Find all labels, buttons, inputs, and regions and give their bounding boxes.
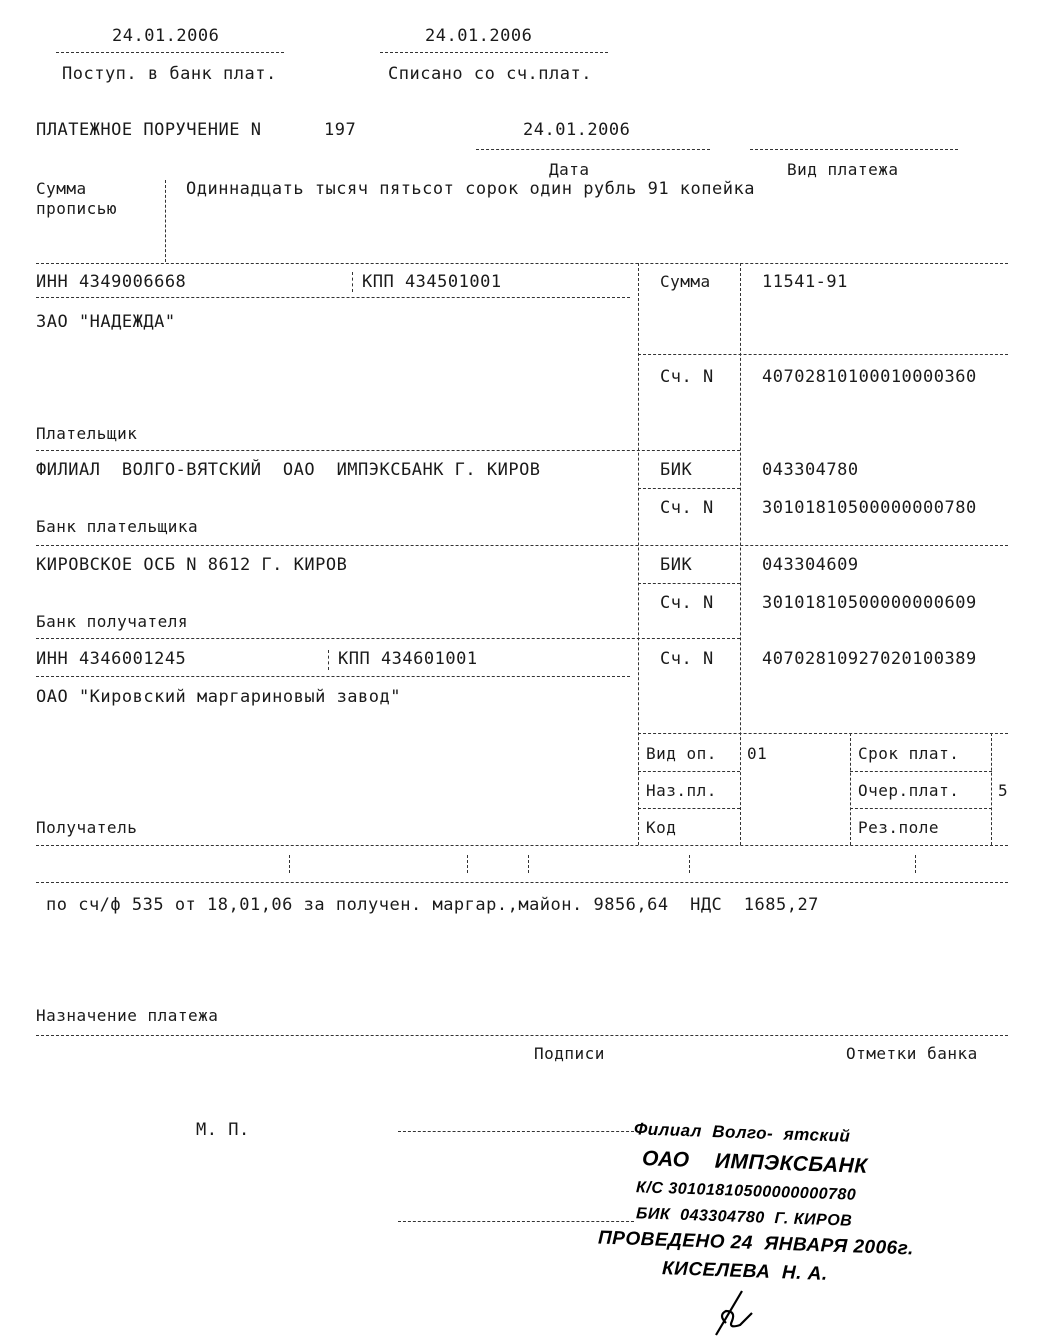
doc-date: 24.01.2006 [523, 122, 630, 139]
amount-words-divider [165, 180, 166, 262]
grid-line [850, 771, 992, 772]
doc-title: ПЛАТЕЖНОЕ ПОРУЧЕНИЕ N [36, 122, 261, 139]
stamp-line-4: БИК 043304780 Г. КИРОВ [636, 1206, 853, 1230]
payer-bank-account-value: 30101810500000000780 [762, 500, 977, 517]
grid-line [467, 855, 468, 873]
signature-line-2 [398, 1221, 634, 1222]
grid-line [36, 638, 740, 639]
grid-line [689, 855, 690, 873]
payer-account-label: Сч. N [660, 369, 714, 386]
payment-type-label: Вид платежа [787, 162, 898, 178]
grid-line [638, 808, 740, 809]
payee-label: Получатель [36, 820, 137, 836]
payee-bank-account-label: Сч. N [660, 595, 714, 612]
payment-type-underline [750, 149, 958, 150]
grid-line [638, 488, 740, 489]
grid-line [740, 263, 741, 845]
grid-line [638, 583, 740, 584]
signature-scribble-icon [712, 1285, 762, 1337]
doc-number: 197 [324, 122, 356, 139]
grid-line [328, 650, 329, 670]
received-date-underline [56, 52, 284, 53]
debited-label: Списано со сч.плат. [388, 66, 592, 83]
op-type-value: 01 [747, 746, 767, 762]
grid-line [289, 855, 290, 873]
payee-kpp: КПП 434601001 [338, 651, 478, 668]
debited-date-underline [380, 52, 608, 53]
payee-bank-name: КИРОВСКОЕ ОСБ N 8612 Г. КИРОВ [36, 557, 347, 574]
sum-value: 11541-91 [762, 274, 848, 291]
grid-line [36, 297, 630, 298]
payer-account-value: 40702810100010000360 [762, 369, 977, 386]
priority-label: Очер.плат. [858, 783, 959, 799]
grid-line [36, 545, 1008, 546]
payee-bank-bik-label: БИК [660, 557, 692, 574]
grid-line [638, 771, 740, 772]
payee-bank-account-value: 30101810500000000609 [762, 595, 977, 612]
grid-line [36, 450, 740, 451]
payee-bank-label: Банк получателя [36, 614, 188, 630]
payee-inn: ИНН 4346001245 [36, 651, 186, 668]
received-label: Поступ. в банк плат. [62, 66, 277, 83]
grid-line [991, 733, 992, 845]
payer-inn: ИНН 4349006668 [36, 274, 186, 291]
bank-marks-label: Отметки банка [846, 1046, 978, 1062]
stamp-line-3: К/С 30101810500000000780 [636, 1180, 857, 1204]
grid-line [528, 855, 529, 873]
signatures-label: Подписи [534, 1046, 605, 1062]
op-type-label: Вид оп. [646, 746, 717, 762]
payee-name: ОАО "Кировский маргариновый завод" [36, 689, 401, 706]
grid-line [36, 676, 630, 677]
grid-line [638, 354, 1008, 355]
purpose-code-label: Наз.пл. [646, 783, 717, 799]
grid-line [638, 263, 639, 845]
sum-label: Сумма [660, 274, 711, 290]
payer-bank-account-label: Сч. N [660, 500, 714, 517]
stamp-line-5: ПРОВЕДЕНО 24 ЯНВАРЯ 2006г. [598, 1228, 914, 1258]
amount-words-value: Одиннадцать тысяч пятьсот сорок один руб… [186, 181, 755, 198]
payer-bank-name: ФИЛИАЛ ВОЛГО-ВЯТСКИЙ ОАО ИМПЭКСБАНК Г. К… [36, 462, 541, 479]
payer-bank-bik-value: 043304780 [762, 462, 859, 479]
payee-account-label: Сч. N [660, 651, 714, 668]
payer-kpp: КПП 434501001 [362, 274, 502, 291]
stamp-line-2: ОАО ИМПЭКСБАНК [642, 1148, 868, 1177]
grid-line [352, 272, 353, 292]
payee-bank-bik-value: 043304609 [762, 557, 859, 574]
grid-line [915, 855, 916, 873]
code-label: Код [646, 820, 676, 836]
seal-label: М. П. [196, 1122, 250, 1139]
amount-words-label-2: прописью [36, 201, 117, 217]
payer-bank-bik-label: БИК [660, 462, 692, 479]
doc-date-underline [476, 149, 710, 150]
grid-line [36, 882, 1008, 883]
grid-line [36, 263, 1008, 264]
term-label: Срок плат. [858, 746, 959, 762]
grid-line [36, 1035, 1008, 1036]
payee-account-value: 40702810927020100389 [762, 651, 977, 668]
grid-line [850, 808, 992, 809]
purpose-label: Назначение платежа [36, 1008, 218, 1024]
date-label: Дата [549, 162, 590, 178]
payer-name: ЗАО "НАДЕЖДА" [36, 314, 176, 331]
stamp-line-1: Филиал Волго- ятский [634, 1120, 851, 1145]
grid-line [638, 733, 1008, 734]
payer-bank-label: Банк плательщика [36, 519, 198, 535]
amount-words-label-1: Сумма [36, 181, 87, 197]
stamp-line-6: КИСЕЛЕВА Н. А. [662, 1259, 828, 1284]
signature-line-1 [398, 1131, 634, 1132]
payer-label: Плательщик [36, 426, 137, 442]
priority-value: 5 [998, 783, 1008, 799]
reserve-label: Рез.поле [858, 820, 939, 836]
purpose-text: по сч/ф 535 от 18,01,06 за получен. марг… [46, 897, 819, 914]
grid-line [850, 733, 851, 845]
grid-line [36, 845, 1008, 846]
debited-date: 24.01.2006 [425, 28, 532, 45]
received-date: 24.01.2006 [112, 28, 219, 45]
